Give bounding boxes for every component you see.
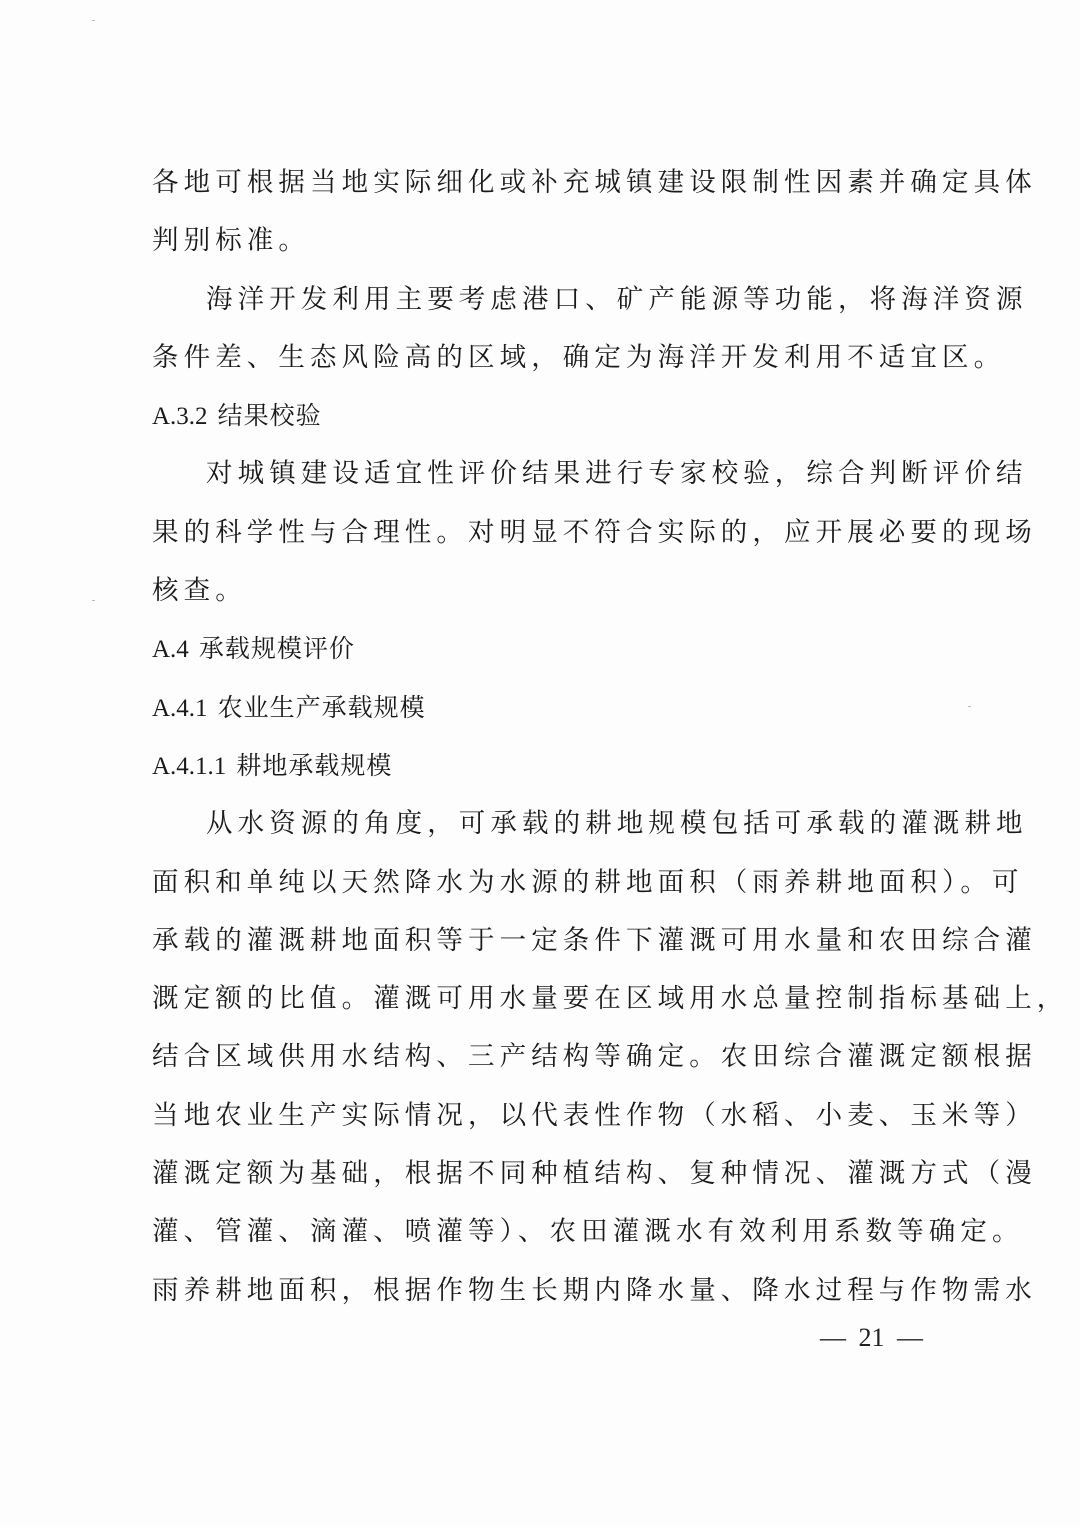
section-title: 承载规模评价 bbox=[199, 634, 355, 663]
paragraph-line: 灌溉定额为基础，根据不同种植结构、复种情况、灌溉方式（漫 bbox=[152, 1151, 914, 1209]
section-number: A.4 bbox=[152, 636, 189, 663]
document-page: 各地可根据当地实际细化或补充城镇建设限制性因素并确定具体 判别标准。 海洋开发利… bbox=[0, 0, 1080, 1527]
section-heading-a-4: A.4承载规模评价 bbox=[152, 626, 914, 684]
scan-speck bbox=[968, 706, 971, 707]
paragraph-line: 灌、管灌、滴灌、喷灌等）、农田灌溉水有效利用系数等确定。 bbox=[152, 1209, 914, 1267]
paragraph-line: 各地可根据当地实际细化或补充城镇建设限制性因素并确定具体 bbox=[152, 160, 914, 218]
paragraph-line: 当地农业生产实际情况，以代表性作物（水稻、小麦、玉米等） bbox=[152, 1093, 914, 1151]
section-title: 耕地承载规模 bbox=[236, 751, 392, 780]
paragraph-line: 结合区域供用水结构、三产结构等确定。农田综合灌溉定额根据 bbox=[152, 1034, 914, 1092]
section-number: A.3.2 bbox=[152, 403, 208, 430]
scan-speck bbox=[92, 600, 95, 601]
paragraph-line: 承载的灌溉耕地面积等于一定条件下灌溉可用水量和农田综合灌 bbox=[152, 918, 914, 976]
section-number: A.4.1.1 bbox=[152, 753, 226, 780]
page-body: 各地可根据当地实际细化或补充城镇建设限制性因素并确定具体 判别标准。 海洋开发利… bbox=[152, 160, 914, 1326]
paragraph-line: 核查。 bbox=[152, 568, 914, 626]
scan-speck bbox=[92, 20, 95, 21]
paragraph-line: 面积和单纯以天然降水为水源的耕地面积（雨养耕地面积）。可 bbox=[152, 860, 914, 918]
page-number: — 21 — bbox=[820, 1323, 923, 1353]
section-number: A.4.1 bbox=[152, 695, 208, 722]
section-title: 农业生产承载规模 bbox=[218, 693, 426, 722]
section-heading-a-4-1: A.4.1农业生产承载规模 bbox=[152, 685, 914, 743]
paragraph-line: 雨养耕地面积，根据作物生长期内降水量、降水过程与作物需水 bbox=[152, 1268, 914, 1326]
paragraph-line: 对城镇建设适宜性评价结果进行专家校验，综合判断评价结 bbox=[152, 451, 914, 509]
paragraph-line: 条件差、生态风险高的区域，确定为海洋开发利用不适宜区。 bbox=[152, 335, 914, 393]
paragraph-line: 果的科学性与合理性。对明显不符合实际的，应开展必要的现场 bbox=[152, 510, 914, 568]
section-heading-a-4-1-1: A.4.1.1耕地承载规模 bbox=[152, 743, 914, 801]
paragraph-line: 从水资源的角度，可承载的耕地规模包括可承载的灌溉耕地 bbox=[152, 801, 914, 859]
paragraph-line: 判别标准。 bbox=[152, 218, 914, 276]
section-title: 结果校验 bbox=[218, 401, 322, 430]
paragraph-line: 海洋开发利用主要考虑港口、矿产能源等功能，将海洋资源 bbox=[152, 277, 914, 335]
section-heading-a-3-2: A.3.2结果校验 bbox=[152, 393, 914, 451]
paragraph-line: 溉定额的比值。灌溉可用水量要在区域用水总量控制指标基础上， bbox=[152, 976, 914, 1034]
